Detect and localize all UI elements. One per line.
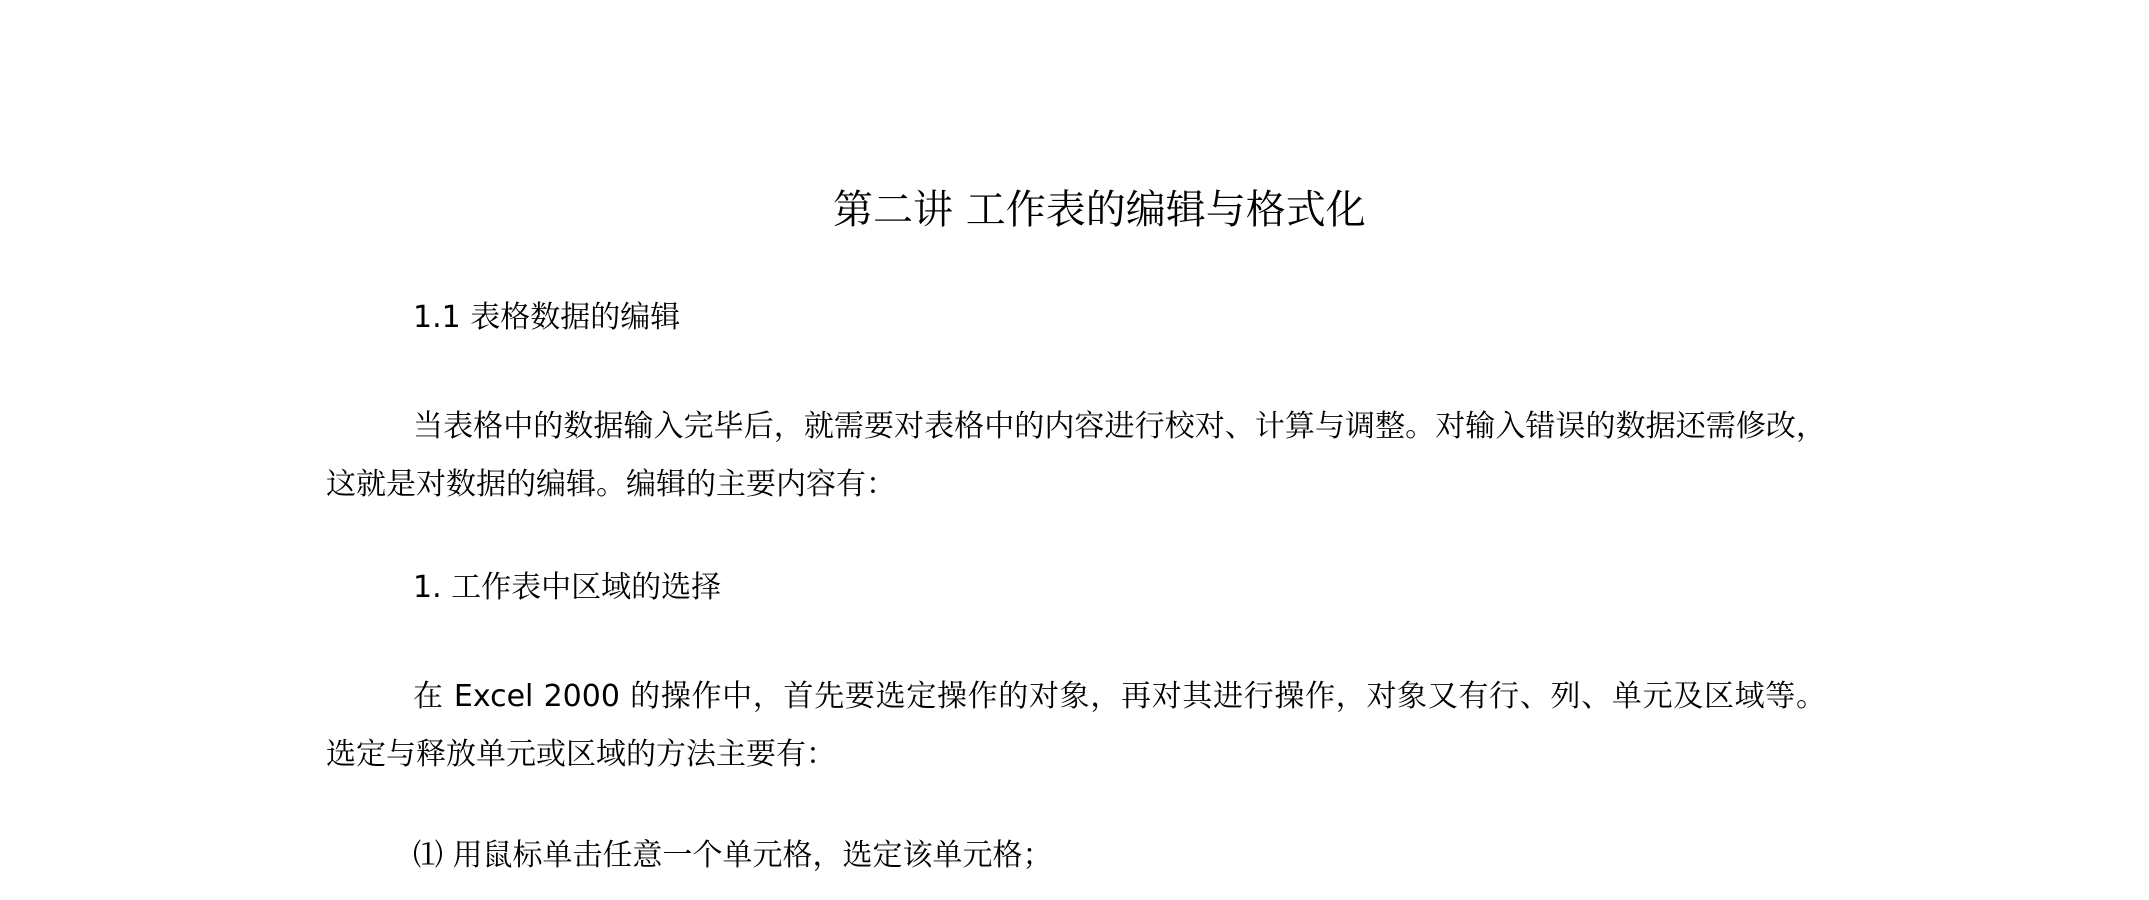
list-item: ⑴ 用鼠标单击任意一个单元格，选定该单元格； (413, 836, 1053, 876)
paragraph-selection-methods: 在 Excel 2000 的操作中，首先要选定操作的对象，再对其进行操作，对象又… (326, 668, 1826, 784)
paragraph-intro: 当表格中的数据输入完毕后，就需要对表格中的内容进行校对、计算与调整。对输入错误的… (326, 398, 1826, 514)
subheading-region-selection: 1. 工作表中区域的选择 (413, 568, 721, 608)
document-title: 第二讲 工作表的编辑与格式化 (833, 182, 1413, 238)
document-page: 第二讲 工作表的编辑与格式化 1.1 表格数据的编辑 当表格中的数据输入完毕后，… (0, 0, 2149, 900)
section-heading: 1.1 表格数据的编辑 (413, 298, 680, 338)
